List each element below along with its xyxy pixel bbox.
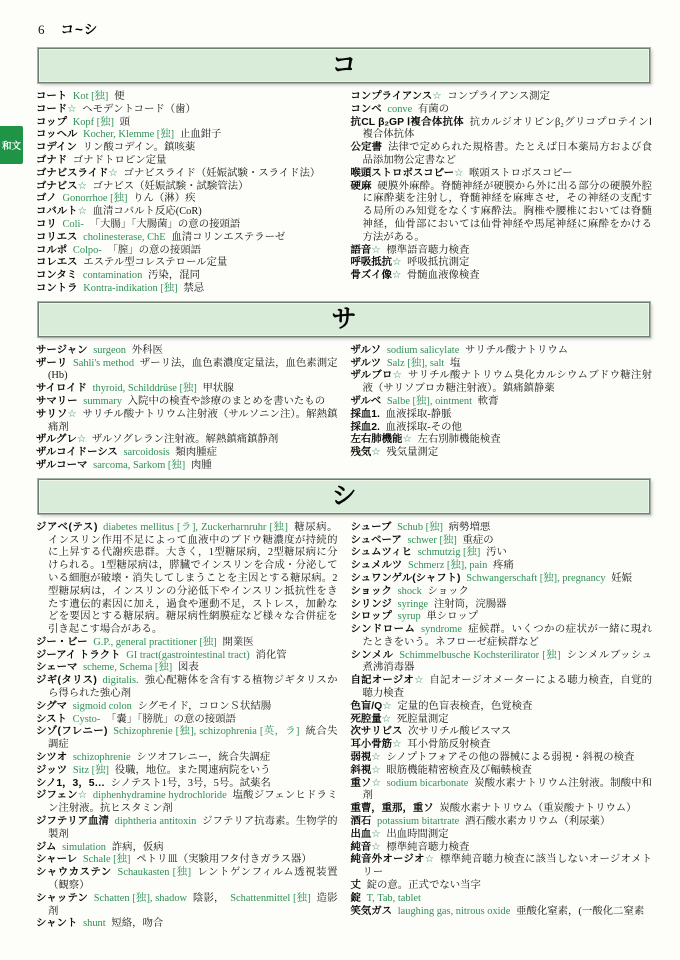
definition: サリチル酸ナトリウム <box>465 345 568 356</box>
dictionary-entry: 残気☆残気量測定 <box>351 447 653 460</box>
dictionary-entry: コード☆ヘモデントコード（歯） <box>36 104 338 117</box>
dictionary-entry: サージャンsurgeon外科医 <box>36 345 338 358</box>
headword: シュメルツ <box>351 560 403 571</box>
dictionary-entry: 酒石potassium bitartrate酒石酸水素カリウム（利尿薬） <box>351 816 653 829</box>
headword: 重曹，重那，重ソ <box>351 803 434 814</box>
headword: 左右肺機能 <box>351 434 403 445</box>
dictionary-entry: シツオschizophrenieシツオフレニー，統合失調症 <box>36 752 338 765</box>
definition: 錠の意。正式でない当字 <box>367 880 481 891</box>
foreign-term: thyroid, Schilddrüse [独] <box>93 383 197 394</box>
headword: シュワンゲル(シャフト) <box>351 573 461 584</box>
dictionary-entry: コンプライアンス☆コンプライアンス測定 <box>351 91 653 104</box>
dictionary-entry: シャーレSchale [独]ペトリ皿（実験用フタ付きガラス器） <box>36 854 338 867</box>
headword: シェーマ <box>36 662 77 673</box>
definition: ペトリ皿（実験用フタ付きガラス器） <box>136 854 312 865</box>
definition: ヘモデントコード（歯） <box>82 104 196 115</box>
dictionary-entry: コリエスcholinesterase, ChE血清コリンエステラーゼ <box>36 232 338 245</box>
dictionary-entry: コデインリン酸コデイン。鎮咳薬 <box>36 142 338 155</box>
dictionary-entry: シャウカステンSchaukasten [独]レントゲンフィルム透視装置（観察） <box>36 867 338 893</box>
dictionary-entry: ザルグレ☆ザルソグレラン注射液。解熱鎮痛鎮静剤 <box>36 434 338 447</box>
dictionary-entry: 語音☆標準語音聴力検査 <box>351 245 653 258</box>
foreign-term: Schub [独] <box>397 522 443 533</box>
definition: 汚染，混同 <box>148 270 200 281</box>
columns: ジアベ(テス)diabetes mellitus [ラ], Zuckerharn… <box>36 522 652 932</box>
headword: サマリー <box>36 396 78 407</box>
star-marker: ☆ <box>382 701 391 712</box>
foreign-term: conve <box>387 104 412 115</box>
definition: ショック <box>428 586 469 597</box>
star-marker: ☆ <box>78 206 87 217</box>
side-tab-wabun: 和文 <box>0 126 23 164</box>
foreign-term: diphtheria antitoxin <box>115 816 197 827</box>
definition: 入院中の検査や診療のまとめを書いたもの <box>128 396 325 407</box>
headword: シュムツィヒ <box>351 547 413 558</box>
dictionary-entry: コバルト☆血清コバルト反応(CoR) <box>36 206 338 219</box>
column-right: シューブSchub [独]病勢増悪シュベーアschwer [独]重症のシュムツィ… <box>351 522 653 932</box>
dictionary-entry: サマリーsummary入院中の検査や診療のまとめを書いたもの <box>36 396 338 409</box>
headword: ジフェン <box>36 790 78 801</box>
dictionary-entry: 硬麻硬膜外麻酔。脊髄神経が硬膜から外に出る部分の硬膜外腔に麻酔薬を注射し，脊髄神… <box>351 181 653 245</box>
star-marker: ☆ <box>371 245 380 256</box>
definition: ゴナビス（妊娠試験・試験管法） <box>93 181 249 192</box>
headword: シャウカステン <box>36 867 112 878</box>
headword: サージャン <box>36 345 88 356</box>
headword: ザルベ <box>351 396 382 407</box>
star-marker: ☆ <box>67 409 76 420</box>
dictionary-page: 6 コ~シ 和文 ココートKot [独]便コード☆ヘモデントコード（歯）コップK… <box>0 0 680 960</box>
dictionary-entry: 出血☆出血時間測定 <box>351 829 653 842</box>
definition: 図表 <box>178 662 199 673</box>
headword: ゴナビスライド <box>36 168 108 179</box>
dictionary-entry: ジフェン☆diphenhydramine hydrochloride塩酸ジフェン… <box>36 790 338 816</box>
star-marker: ☆ <box>392 257 401 268</box>
definition: 耳小骨筋反射検査 <box>407 739 490 750</box>
dictionary-entry: コッヘルKocher, Klemme [独]止血鉗子 <box>36 129 338 142</box>
definition: 消化管 <box>255 650 286 661</box>
dictionary-entry: ザルブロ☆サリチル酸ナトリウム臭化カルシウムブドウ糖注射液（サリソブロカ糖注射液… <box>351 370 653 396</box>
dictionary-entry: 純音外オージオ☆標準純音聴力検査に該当しないオージオメトリー <box>351 854 653 880</box>
definition: 出血時間測定 <box>386 829 448 840</box>
headword: 公定書 <box>351 142 383 153</box>
dictionary-entry: シストCysto-「嚢」「膀胱」の意の接頭語 <box>36 714 338 727</box>
column-left: コートKot [独]便コード☆ヘモデントコード（歯）コップKopf [独]頭コッ… <box>36 91 338 296</box>
dictionary-entry: シュベーアschwer [独]重症の <box>351 535 653 548</box>
dictionary-entry: ザルコーマsarcoma, Sarkom [独]肉腫 <box>36 460 338 473</box>
definition: シツオフレニー，統合失調症 <box>136 752 270 763</box>
headword: 色盲/Q <box>351 701 383 712</box>
foreign-term: Schwangerschaft [独], pregnancy <box>466 573 605 584</box>
dictionary-entry: ジギ(タリス)digitalis.強心配糖体を含有する植物ジギタリスから得られた… <box>36 675 338 701</box>
headword: 純音外オージオ <box>351 854 425 865</box>
dictionary-entry: シノ1，3，5…シノテスト1号，3号，5号。試薬名 <box>36 778 338 791</box>
sections-container: ココートKot [独]便コード☆ヘモデントコード（歯）コップKopf [独]頭コ… <box>36 48 652 931</box>
definition: 詐病，仮病 <box>112 842 164 853</box>
foreign-term: Schaukasten [独] <box>118 867 192 878</box>
dictionary-entry: シグマsigmoid colonシグモイド，コロンＳ状結腸 <box>36 701 338 714</box>
definition: 血液採取-静脈 <box>386 409 452 420</box>
star-marker: ☆ <box>78 181 87 192</box>
star-marker: ☆ <box>432 91 441 102</box>
definition: コンプライアンス測定 <box>447 91 550 102</box>
definition: 法律で定められた規格書。たとえば日本薬局方および食品添加物公定書など <box>362 142 652 166</box>
dictionary-entry: ザーリSahli's methodザーリ法，血色素濃度定量法，血色素測定(Hb) <box>36 358 338 384</box>
definition: 注射筒，浣腸器 <box>434 599 507 610</box>
foreign-term: Sitz [独] <box>73 765 109 776</box>
dictionary-entry: ゴナドゴナドトロピン定量 <box>36 155 338 168</box>
headword: ザルコイドーシス <box>36 447 118 458</box>
dictionary-entry: 耳小骨筋☆耳小骨筋反射検査 <box>351 739 653 752</box>
headword: 丈 <box>351 880 361 891</box>
headword: 純音 <box>351 842 372 853</box>
foreign-term: laughing gas, nitrous oxide <box>398 906 511 917</box>
headword: サリソ <box>36 409 67 420</box>
headword: コッヘル <box>36 129 77 140</box>
star-marker: ☆ <box>371 842 380 853</box>
headword: 次サリビス <box>351 726 403 737</box>
dictionary-entry: コントラKontra-indikation [独]禁忌 <box>36 283 338 296</box>
section-シ: シジアベ(テス)diabetes mellitus [ラ], Zuckerhar… <box>36 479 652 932</box>
headword: シグマ <box>36 701 67 712</box>
foreign-term: Sahli's method <box>73 358 134 369</box>
dictionary-entry: 弱視☆シノプトフォアその他の器械による弱視・斜視の検査 <box>351 752 653 765</box>
headword: コード <box>36 104 67 115</box>
headword: ジフテリア血清 <box>36 816 109 827</box>
definition: ゴナドトロピン定量 <box>73 155 167 166</box>
headword: 抗CL β₂GP Ⅰ複合体抗体 <box>351 117 464 128</box>
definition: 開業医 <box>222 637 253 648</box>
dictionary-entry: 骨ズイ像☆骨髄血液像検査 <box>351 270 653 283</box>
dictionary-entry: ザルコイドーシスsarcoidosis類肉腫症 <box>36 447 338 460</box>
column-right: コンプライアンス☆コンプライアンス測定コンベconve有菌の抗CL β₂GP Ⅰ… <box>351 91 653 296</box>
definition: 血清コバルト反応(CoR) <box>93 206 202 217</box>
star-marker: ☆ <box>392 739 401 750</box>
foreign-term: digitalis. <box>103 675 139 686</box>
headword: ジアベ(テス) <box>36 522 97 533</box>
headword: 語音 <box>351 245 372 256</box>
definition: ザルソグレラン注射液。解熱鎮痛鎮静剤 <box>92 434 278 445</box>
headword: コントラ <box>36 283 78 294</box>
headword: シャーレ <box>36 854 77 865</box>
foreign-term: schmutzig [独] <box>418 547 481 558</box>
dictionary-entry: 呼吸抵抗☆呼吸抵抗測定 <box>351 257 653 270</box>
dictionary-entry: ザルソsodium salicylateサリチル酸ナトリウム <box>351 345 653 358</box>
headword: シュベーア <box>351 535 402 546</box>
dictionary-entry: 錠T, Tab, tablet <box>351 893 653 906</box>
dictionary-entry: シンドロームsyndrome症候群。いくつかの症状が一緒に現れたときをいう。ネフ… <box>351 624 653 650</box>
definition: 糖尿病。インスリン作用不足によって血液中のブドウ糖濃度が持続的に上昇する代謝疾患… <box>48 522 338 635</box>
foreign-term: syrup <box>398 611 421 622</box>
foreign-term: cholinesterase, ChE <box>83 232 166 243</box>
dictionary-entry: シュワンゲル(シャフト)Schwangerschaft [独], pregnan… <box>351 573 653 586</box>
star-marker: ☆ <box>78 790 87 801</box>
headword: ジギ(タリス) <box>36 675 97 686</box>
headword: ザルグレ <box>36 434 77 445</box>
definition: 標準純音聴力検査 <box>386 842 469 853</box>
definition: 亜酸化窒素，(一酸化二窒素 <box>516 906 644 917</box>
foreign-term: sigmoid colon <box>73 701 132 712</box>
foreign-term: shunt <box>83 918 106 929</box>
definition: 血液採取-その他 <box>386 422 462 433</box>
headword: 硬麻 <box>351 181 372 192</box>
foreign-term: Schale [独] <box>83 854 131 865</box>
definition: 「大腸」「大腸菌」の意の接頭語 <box>90 219 241 230</box>
definition: りん（淋）疾 <box>133 193 195 204</box>
headword: ジーアイ トラクト <box>36 650 121 661</box>
dictionary-entry: サリソ☆サリチル酸ナトリウム注射液（サルソニン注）。解熱鎮痛剤 <box>36 409 338 435</box>
dictionary-entry: コンタミcontamination汚染，混同 <box>36 270 338 283</box>
headword: ザルツ <box>351 358 382 369</box>
dictionary-entry: シロップsyrup単シロップ <box>351 611 653 624</box>
foreign-term: schizophrenie <box>73 752 131 763</box>
headword: コンベ <box>351 104 382 115</box>
dictionary-entry: シェーマscheme, Schema [独]図表 <box>36 662 338 675</box>
foreign-term: Kopf [独] <box>73 117 114 128</box>
dictionary-entry: 斜視☆眼筋機能精密検査及び輻輳検査 <box>351 765 653 778</box>
foreign-term: G.P., general practitioner [独] <box>93 637 217 648</box>
section-banner: シ <box>38 479 650 514</box>
dictionary-entry: ザルベSalbe [独], ointment軟膏 <box>351 396 653 409</box>
headword: シノ1，3，5… <box>36 778 105 789</box>
foreign-term: T, Tab, tablet <box>367 893 421 904</box>
definition: 頭 <box>120 117 130 128</box>
headword: ザーリ <box>36 358 67 369</box>
headword: 呼吸抵抗 <box>351 257 393 268</box>
dictionary-entry: ゴナビス☆ゴナビス（妊娠試験・試験管法） <box>36 181 338 194</box>
foreign-term: Colpo- <box>73 245 102 256</box>
star-marker: ☆ <box>402 434 411 445</box>
dictionary-entry: 色盲/Q☆定量的色盲表検査，色覚検査 <box>351 701 653 714</box>
definition: 外科医 <box>132 345 163 356</box>
definition: 呼吸抵抗測定 <box>407 257 469 268</box>
definition: シグモイド，コロンＳ状結腸 <box>138 701 272 712</box>
definition: 類肉腫症 <box>175 447 217 458</box>
columns: サージャンsurgeon外科医ザーリSahli's methodザーリ法，血色素… <box>36 345 652 473</box>
headword: 死腔量 <box>351 714 382 725</box>
definition: 禁忌 <box>183 283 204 294</box>
headword: サイロイド <box>36 383 87 394</box>
dictionary-entry: シリンジsyringe注射筒，浣腸器 <box>351 599 653 612</box>
dictionary-entry: 丈錠の意。正式でない当字 <box>351 880 653 893</box>
headword: 喉頭ストロボスコピー <box>351 168 455 179</box>
headword: 自記オージオ <box>351 675 415 686</box>
headword: シロップ <box>351 611 392 622</box>
headword: コバルト <box>36 206 78 217</box>
definition: 骨髄血液像検査 <box>407 270 480 281</box>
foreign-term: potassium bitartrate <box>377 816 459 827</box>
foreign-term: sodium salicylate <box>387 345 459 356</box>
definition: リン酸コデイン。鎮咳薬 <box>83 142 196 153</box>
section-title: サ <box>331 307 356 332</box>
dictionary-entry: 採血1.血液採取-静脈 <box>351 409 653 422</box>
star-marker: ☆ <box>67 104 76 115</box>
headword: コート <box>36 91 67 102</box>
star-marker: ☆ <box>371 752 380 763</box>
star-marker: ☆ <box>425 854 435 865</box>
headword: コンタミ <box>36 270 77 281</box>
foreign-term: summary <box>83 396 122 407</box>
headword: 弱視 <box>351 752 372 763</box>
definition: 疼痛 <box>493 560 514 571</box>
star-marker: ☆ <box>371 829 380 840</box>
headword: コリエス <box>36 232 77 243</box>
definition: 止血鉗子 <box>180 129 222 140</box>
dictionary-entry: ジー・ビーG.P., general practitioner [独]開業医 <box>36 637 338 650</box>
dictionary-entry: 重曹，重那，重ソ炭酸水素ナトリウム（重炭酸ナトリウム） <box>351 803 653 816</box>
foreign-term: diphenhydramine hydrochloride <box>93 790 227 801</box>
definition: 左右別肺機能検査 <box>418 434 501 445</box>
definition: 汚い <box>486 547 507 558</box>
dictionary-entry: ザルツSalz [独], salt塩 <box>351 358 653 371</box>
definition: 定量的色盲表検査，色覚検査 <box>397 701 532 712</box>
definition: 炭酸水素ナトリウム（重炭酸ナトリウム） <box>439 803 636 814</box>
foreign-term: Kot [独] <box>73 91 109 102</box>
dictionary-entry: ジアベ(テス)diabetes mellitus [ラ], Zuckerharn… <box>36 522 338 637</box>
headword: 骨ズイ像 <box>351 270 392 281</box>
dictionary-entry: シゾ(フレニー)Schizophrenie [独], schizophrenia… <box>36 726 338 752</box>
page-header: 6 コ~シ <box>38 18 652 38</box>
star-marker: ☆ <box>454 168 463 179</box>
headword: 笑気ガス <box>351 906 393 917</box>
definition: ゴナビスライド（妊娠試験・スライド法） <box>123 168 320 179</box>
headword: ジッツ <box>36 765 67 776</box>
foreign-term: GI tract(gastrointestinal tract) <box>126 650 249 661</box>
column-left: サージャンsurgeon外科医ザーリSahli's methodザーリ法，血色素… <box>36 345 338 473</box>
section-banner: コ <box>38 48 650 83</box>
definition: 「膣」の意の接頭語 <box>107 245 201 256</box>
definition: シノプトフォアその他の器械による弱視・斜視の検査 <box>386 752 634 763</box>
dictionary-entry: 重ソ☆sodium bicarbonate炭酸水素ナトリウム注射液。制酸中和剤 <box>351 778 653 804</box>
foreign-term: sarcoma, Sarkom [独] <box>93 460 185 471</box>
dictionary-entry: シンメルSchimmelbusche Kochsterilirator [独]シ… <box>351 650 653 676</box>
headword: ジム <box>36 842 56 853</box>
foreign-term: contamination <box>83 270 142 281</box>
headword: ショック <box>351 586 392 597</box>
headword: ゴナド <box>36 155 67 166</box>
definition: エステル型コレステロール定量 <box>83 257 227 268</box>
headword: 採血2. <box>351 422 380 433</box>
column-left: ジアベ(テス)diabetes mellitus [ラ], Zuckerharn… <box>36 522 338 932</box>
dictionary-entry: 死腔量☆死腔量測定 <box>351 714 653 727</box>
dictionary-entry: コリColi-「大腸」「大腸菌」の意の接頭語 <box>36 219 338 232</box>
star-marker: ☆ <box>108 168 117 179</box>
dictionary-entry: 自記オージオ☆自記オージオメーターによる聴力検査，自覚的聴力検査 <box>351 675 653 701</box>
star-marker: ☆ <box>393 370 403 381</box>
definition: 次サリチル酸ビスマス <box>408 726 511 737</box>
dictionary-entry: シャッテンSchatten [独], shadow陰影，Schattenmitt… <box>36 893 338 919</box>
headword: 錠 <box>351 893 361 904</box>
definition: 重症の <box>463 535 494 546</box>
dictionary-entry: ショックshockショック <box>351 586 653 599</box>
dictionary-entry: ジーアイ トラクトGI tract(gastrointestinal tract… <box>36 650 338 663</box>
star-marker: ☆ <box>77 434 86 445</box>
dictionary-entry: 採血2.血液採取-その他 <box>351 422 653 435</box>
dictionary-entry: コートKot [独]便 <box>36 91 338 104</box>
headword: 採血1. <box>351 409 380 420</box>
definition: サリチル酸ナトリウム臭化カルシウムブドウ糖注射液（サリソブロカ糖注射液）。鎮痛鎮… <box>362 370 652 394</box>
headword: シツオ <box>36 752 67 763</box>
star-marker: ☆ <box>371 447 380 458</box>
headword: シスト <box>36 714 67 725</box>
definition: 短絡，吻合 <box>111 918 163 929</box>
foreign-term: Schizophrenie [独], schizophrenia [英，ラ] <box>113 726 299 737</box>
dictionary-entry: ジフテリア血清diphtheria antitoxinジフテリア抗毒素。生物学的… <box>36 816 338 842</box>
definition: 単シロップ <box>426 611 478 622</box>
dictionary-entry: コップKopf [独]頭 <box>36 117 338 130</box>
definition: 血清コリンエステラーゼ <box>171 232 285 243</box>
definition: サリチル酸ナトリウム注射液（サルソニン注）。解熱鎮痛剤 <box>48 409 338 433</box>
dictionary-entry: コレエスエステル型コレステロール定量 <box>36 257 338 270</box>
foreign-term: sodium bicarbonate <box>387 778 469 789</box>
headword: コレエス <box>36 257 78 268</box>
column-right: ザルソsodium salicylateサリチル酸ナトリウムザルツSalz [独… <box>351 345 653 473</box>
headword: シューブ <box>351 522 392 533</box>
dictionary-entry: サイロイドthyroid, Schilddrüse [独]甲状腺 <box>36 383 338 396</box>
headword: ザルブロ <box>351 370 393 381</box>
definition: 便 <box>114 91 124 102</box>
headword: 残気 <box>351 447 372 458</box>
definition: 病勢増悪 <box>449 522 491 533</box>
headword: シャント <box>36 918 77 929</box>
definition: 甲状腺 <box>203 383 234 394</box>
dictionary-entry: 喉頭ストロボスコピー☆喉頭ストロボスコピー <box>351 168 653 181</box>
definition: 死腔量測定 <box>397 714 449 725</box>
definition: 硬膜外麻酔。脊髄神経が硬膜から外に出る部分の硬膜外腔に麻酔薬を注射し，脊髄神経を… <box>362 181 652 243</box>
foreign-term: Salbe [独], ointment <box>387 396 472 407</box>
headword: コンプライアンス <box>351 91 433 102</box>
foreign-term: Coli- <box>63 219 84 230</box>
headword: 酒石 <box>351 816 372 827</box>
foreign-term: Schimmelbusche Kochsterilirator [独] <box>399 650 560 661</box>
dictionary-entry: 左右肺機能☆左右別肺機能検査 <box>351 434 653 447</box>
dictionary-entry: シュムツィヒschmutzig [独]汚い <box>351 547 653 560</box>
definition: 役職，地位。また関連病院をいう <box>115 765 271 776</box>
section-banner: サ <box>38 302 650 337</box>
dictionary-entry: コルポColpo-「膣」の意の接頭語 <box>36 245 338 258</box>
dictionary-entry: 抗CL β₂GP Ⅰ複合体抗体抗カルジオリピンβ₂グリコプロテインⅠ複合体抗体 <box>351 117 653 143</box>
foreign-term: Gonorrhoe [独] <box>63 193 128 204</box>
headword: コリ <box>36 219 57 230</box>
dictionary-entry: 純音☆標準純音聴力検査 <box>351 842 653 855</box>
foreign-term: Schmerz [独], pain <box>408 560 487 571</box>
foreign-term: surgeon <box>93 345 126 356</box>
dictionary-entry: シュメルツSchmerz [独], pain疼痛 <box>351 560 653 573</box>
definition: 「嚢」「膀胱」の意の接頭語 <box>106 714 236 725</box>
foreign-term: Schatten [独], shadow <box>94 893 187 904</box>
dictionary-entry: ジッツSitz [独]役職，地位。また関連病院をいう <box>36 765 338 778</box>
columns: コートKot [独]便コード☆ヘモデントコード（歯）コップKopf [独]頭コッ… <box>36 91 652 296</box>
definition: 塩 <box>450 358 460 369</box>
foreign-term: shock <box>398 586 422 597</box>
foreign-term: Schattenmittel [独] <box>230 893 310 904</box>
section-title: シ <box>331 484 356 509</box>
dictionary-entry: 次サリビス次サリチル酸ビスマス <box>351 726 653 739</box>
headword: コップ <box>36 117 67 128</box>
foreign-term: syndrome <box>421 624 462 635</box>
definition: 軟膏 <box>478 396 499 407</box>
definition: シノテスト1号，3号，5号。試薬名 <box>111 778 271 789</box>
definition: 肉腫 <box>191 460 212 471</box>
star-marker: ☆ <box>414 675 424 686</box>
foreign-term: Kocher, Klemme [独] <box>83 129 174 140</box>
headword: コデイン <box>36 142 77 153</box>
dictionary-entry: 公定書法律で定められた規格書。たとえば日本薬局方および食品添加物公定書など <box>351 142 653 168</box>
foreign-term: diabetes mellitus [ラ], Zuckerharnruhr [独… <box>103 522 288 533</box>
headword: シゾ(フレニー) <box>36 726 107 737</box>
star-marker: ☆ <box>371 778 380 789</box>
dictionary-entry: ゴナビスライド☆ゴナビスライド（妊娠試験・スライド法） <box>36 168 338 181</box>
section-コ: ココートKot [独]便コード☆ヘモデントコード（歯）コップKopf [独]頭コ… <box>36 48 652 296</box>
foreign-term: sarcoidosis <box>124 447 170 458</box>
